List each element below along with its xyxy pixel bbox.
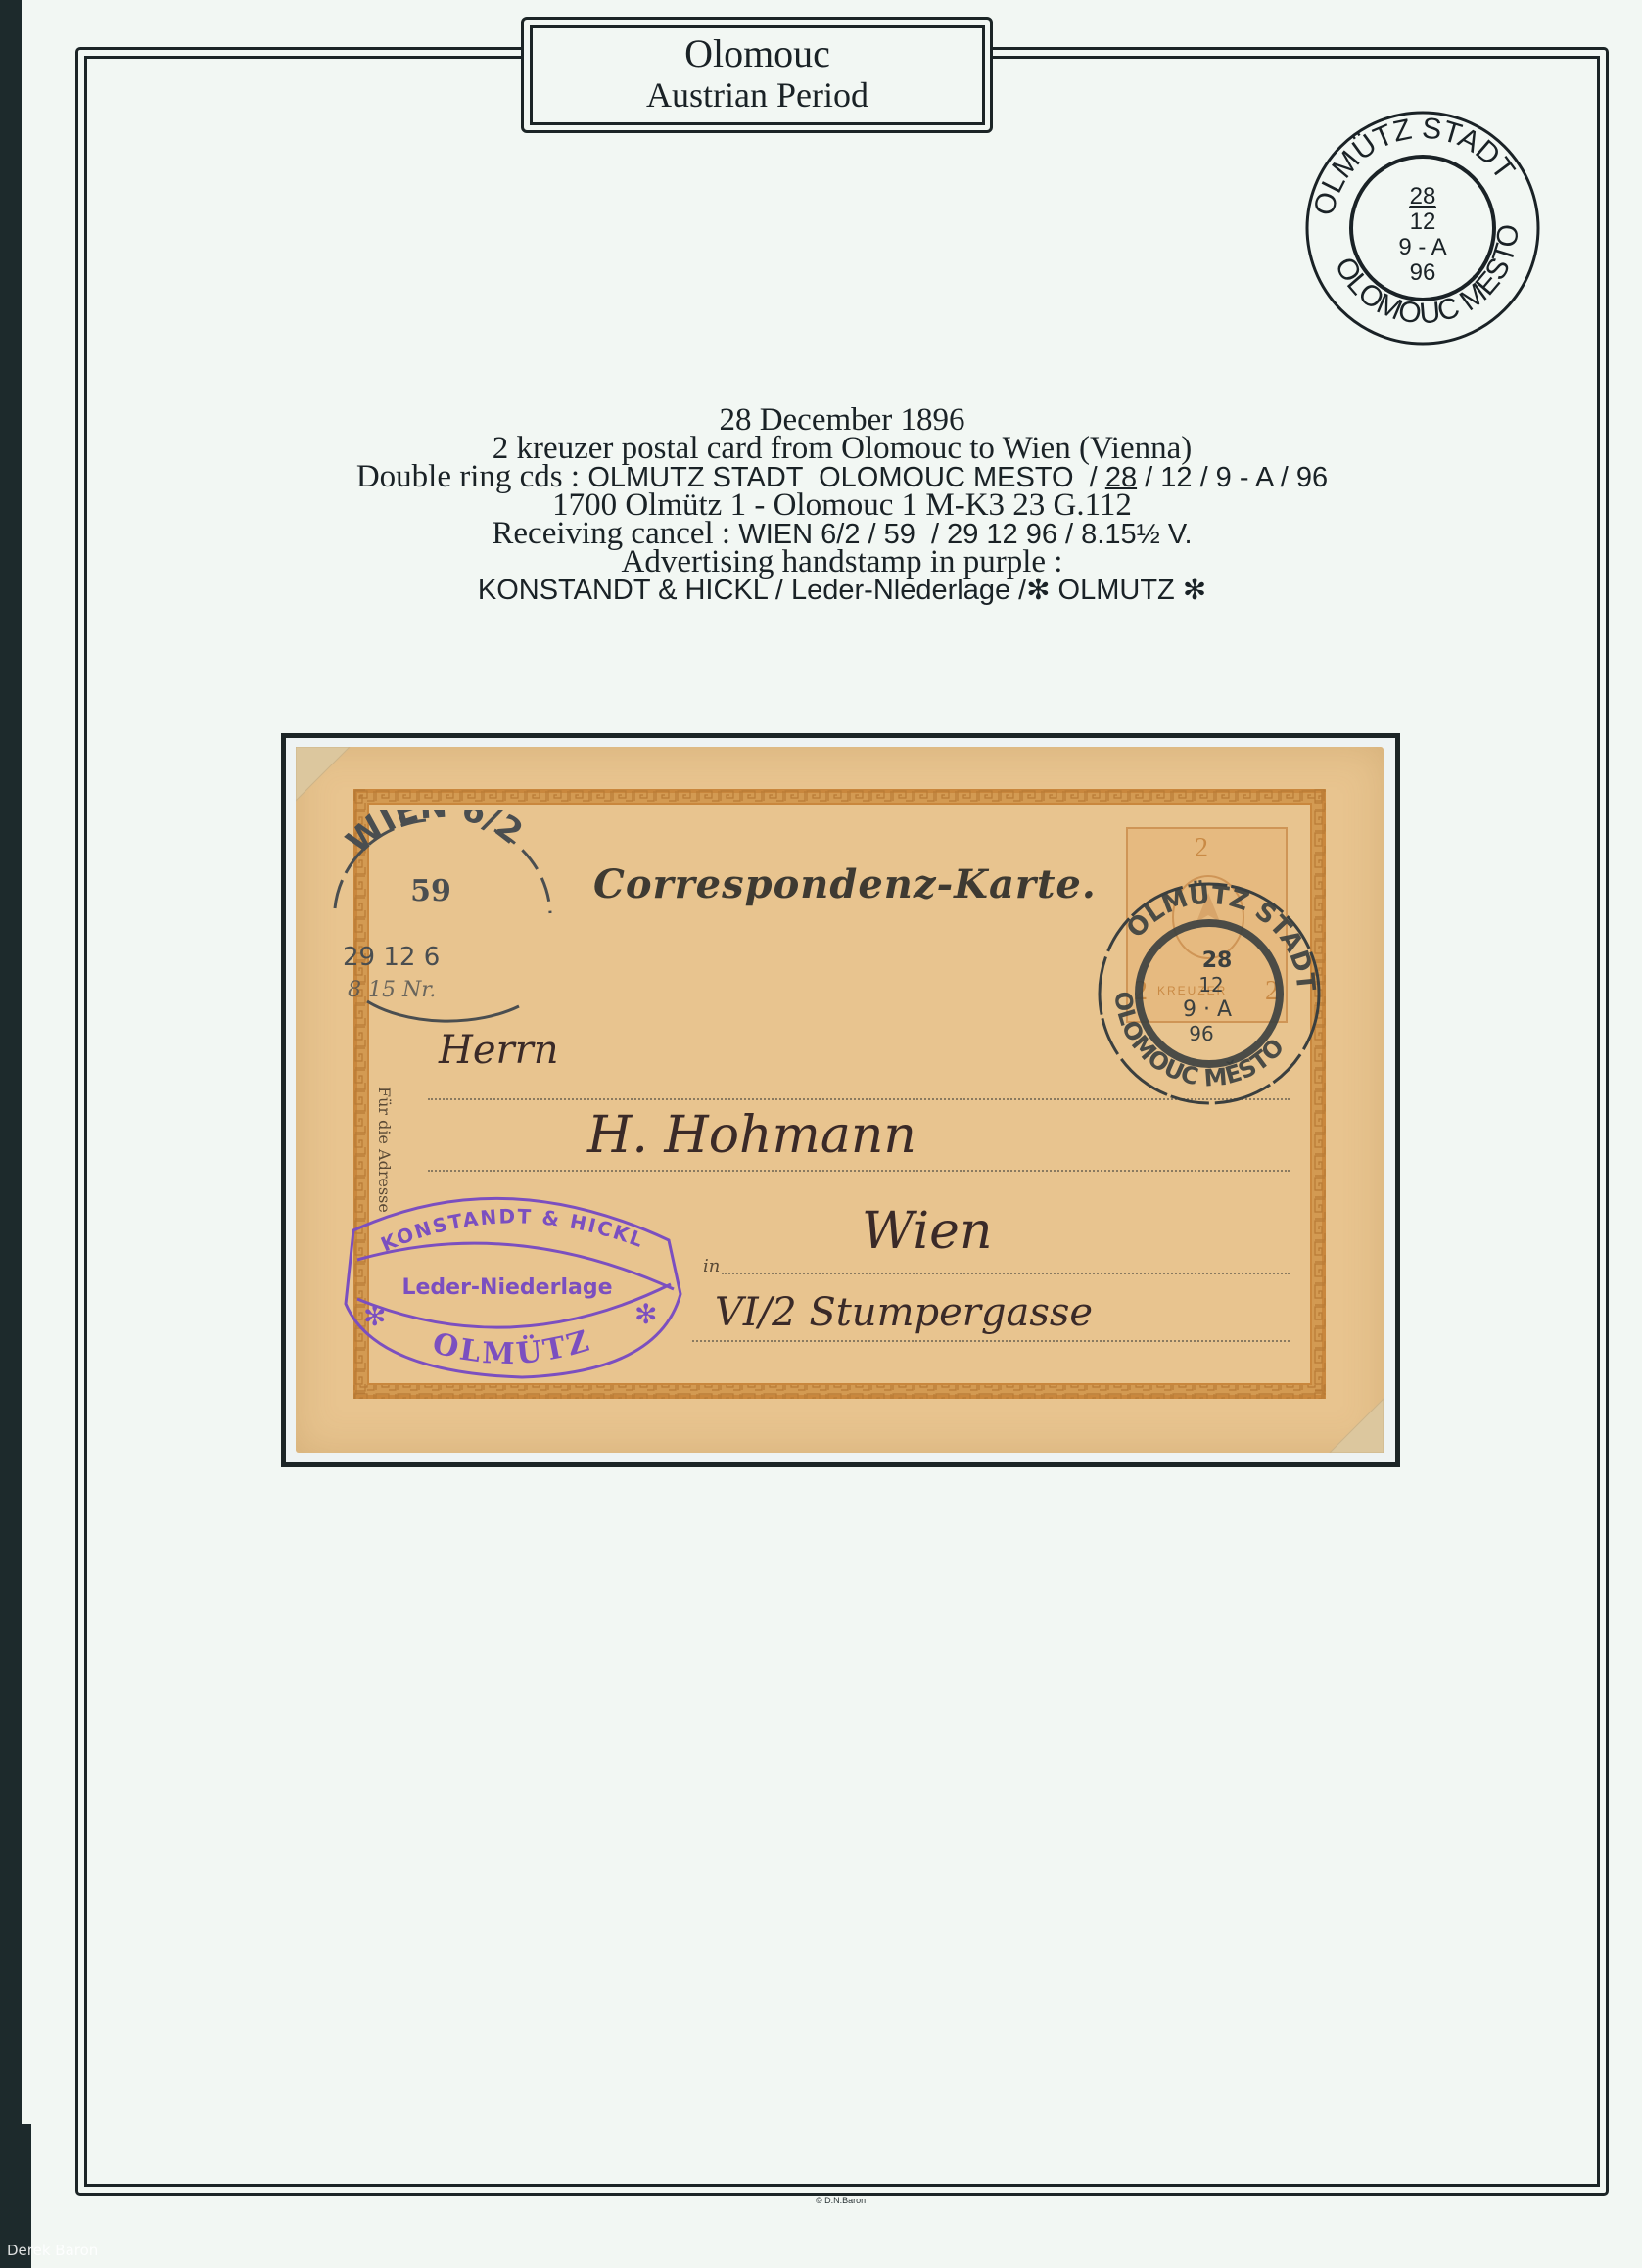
svg-text:WIEN 6/2: WIEN 6/2 <box>339 810 530 862</box>
in-label: in <box>703 1256 720 1276</box>
address-line-3 <box>722 1273 1290 1274</box>
desc-item: 2 kreuzer postal card from Olomouc to Wi… <box>117 435 1567 463</box>
svg-text:OLMÜTZ: OLMÜTZ <box>429 1323 595 1371</box>
address-line-2 <box>428 1170 1290 1172</box>
svg-text:59: 59 <box>410 874 451 908</box>
page-subtitle: Austrian Period <box>533 75 982 115</box>
svg-text:29 12 6: 29 12 6 <box>343 943 440 972</box>
copyright-notice: © D.N.Baron <box>816 2196 866 2205</box>
card-heading: Correspondenz-Karte. <box>593 861 1097 907</box>
wien-cancel-icon: WIEN 6/2 59 29 12 6 8 15 Nr. <box>323 810 568 1036</box>
svg-text:8 15 Nr.: 8 15 Nr. <box>348 978 436 1002</box>
svg-text:✻: ✻ <box>363 1300 386 1332</box>
svg-text:12: 12 <box>1198 973 1223 996</box>
desc-handstamp-label: Advertising handstamp in purple : <box>117 548 1567 577</box>
desc-handstamp-text: KONSTANDT & HICKL / Leder-Nlederlage /✻ … <box>117 577 1567 605</box>
svg-text:✻: ✻ <box>634 1298 657 1330</box>
olmutz-cancel-icon: OLMÜTZ STADT OLOMOUC MĚSTO 28 12 9 · A 9… <box>1092 874 1327 1109</box>
svg-text:9 · A: 9 · A <box>1183 997 1232 1022</box>
exhibit-description: 28 December 1896 2 kreuzer postal card f… <box>117 406 1567 605</box>
cds-day: 28 <box>1410 183 1436 209</box>
title-box: Olomouc Austrian Period <box>530 25 985 125</box>
handwritten-city: Wien <box>862 1202 992 1261</box>
handwritten-street: VI/2 Stumpergasse <box>715 1290 1093 1335</box>
svg-text:28: 28 <box>1202 949 1233 973</box>
cds-month: 12 <box>1410 208 1436 235</box>
address-line-4 <box>692 1340 1290 1342</box>
svg-text:Leder-Niederlage: Leder-Niederlage <box>401 1275 612 1300</box>
page-title: Olomouc <box>533 32 982 75</box>
svg-text:96: 96 <box>1189 1022 1213 1045</box>
photo-corner-icon <box>1325 1394 1384 1453</box>
cds-time: 9 - A <box>1398 234 1446 260</box>
cds-illustration-icon: OLMÜTZ STADT OLOMOUC MĚSTO 28 12 9 - A 9… <box>1300 106 1545 350</box>
photo-corner-icon <box>296 747 354 806</box>
cds-year: 96 <box>1410 259 1436 286</box>
scan-edge-strip <box>0 0 22 2268</box>
advertising-handstamp-icon: KONSTANDT & HICKL Leder-Niederlage OLMÜT… <box>336 1196 688 1384</box>
desc-catalog: 1700 Olmütz 1 - Olomouc 1 M-K3 23 G.112 <box>117 491 1567 520</box>
handwritten-addressee-name: H. Hohmann <box>587 1106 916 1165</box>
watermark: Derek Baron <box>7 2242 98 2259</box>
